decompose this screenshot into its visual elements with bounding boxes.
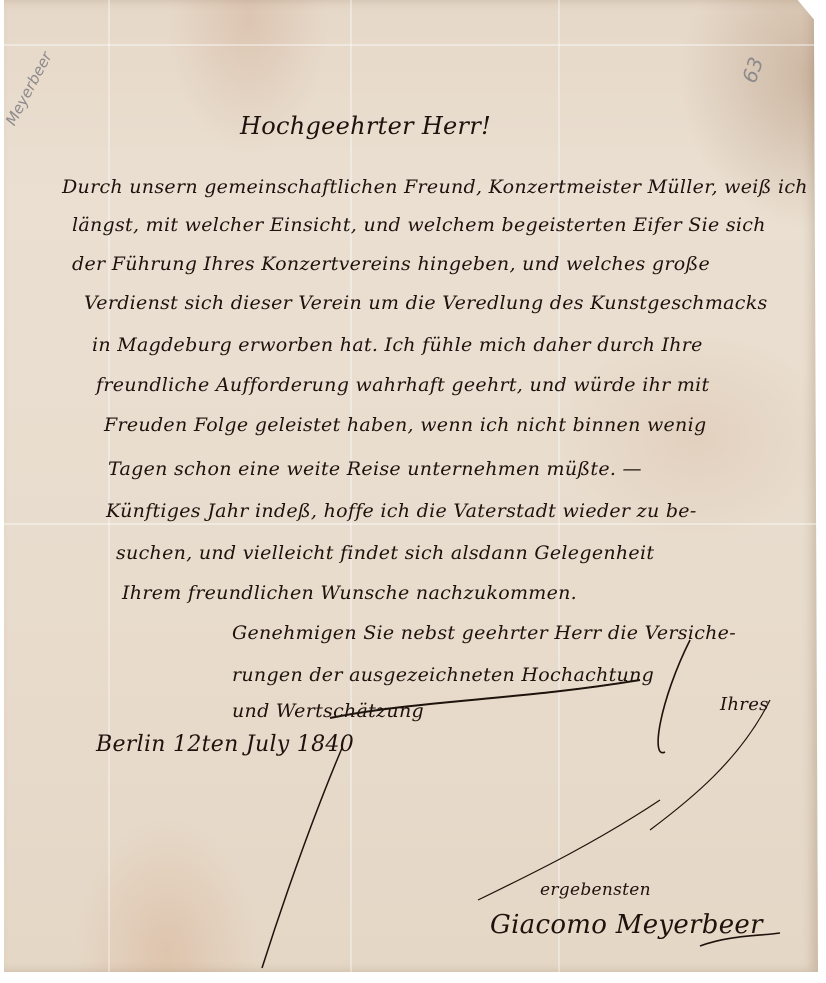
date-line: Berlin 12ten July 1840 [96, 732, 354, 757]
pen-flourish-strokes [0, 0, 826, 983]
signature-name: Giacomo Meyerbeer [490, 910, 763, 940]
signature-prefix: ergebensten [540, 880, 651, 900]
